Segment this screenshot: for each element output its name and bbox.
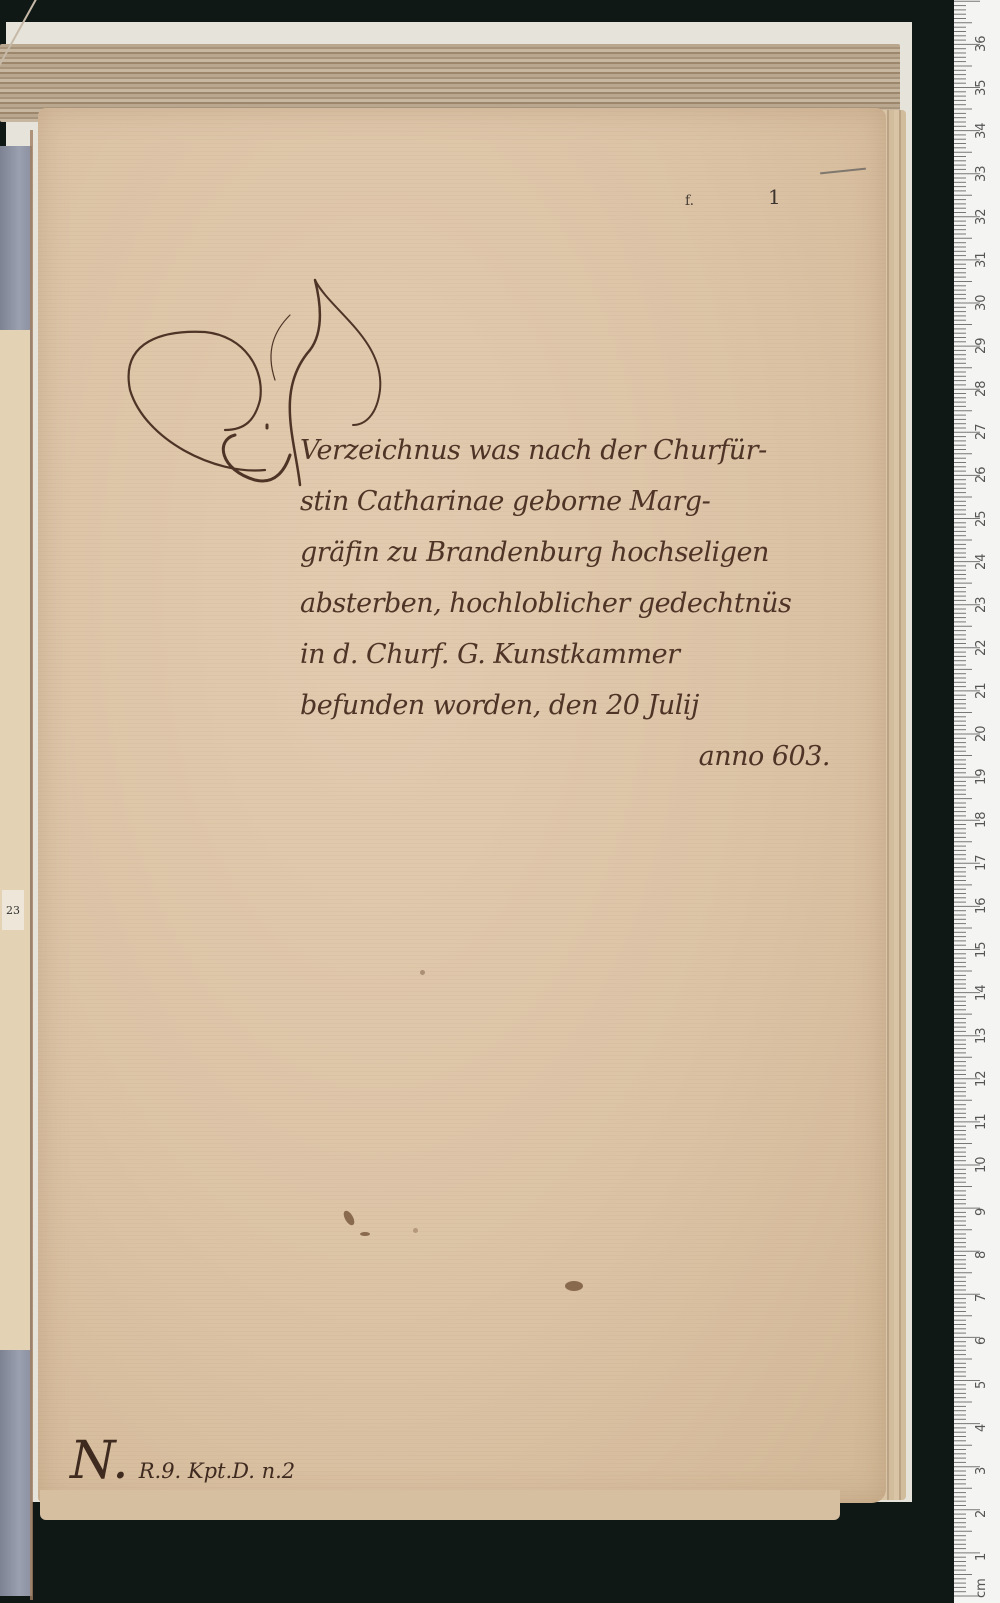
ruler-label: 28 (974, 367, 989, 397)
title-line-3: gräfin zu Brandenburg hochseligen (300, 527, 860, 578)
ruler-label: 16 (974, 884, 989, 914)
ruler-label: 35 (974, 66, 989, 96)
ruler-label: 2 (974, 1488, 989, 1518)
title-line-2: stin Catharinae geborne Marg- (300, 476, 860, 527)
ink-blot (360, 1232, 370, 1236)
shelfmark-initial: N. (70, 1435, 129, 1487)
ruler-label: 23 (974, 583, 989, 613)
ruler-label: 13 (974, 1014, 989, 1044)
ink-blot (420, 970, 425, 975)
ruler-label: 32 (974, 195, 989, 225)
ruler-unit: cm (974, 1568, 989, 1598)
binding-guard-paper (0, 330, 30, 1350)
ruler-label: 4 (974, 1402, 989, 1432)
ruler-label: 29 (974, 324, 989, 354)
foliation-mark: f. (685, 193, 694, 209)
ruler-label: 19 (974, 755, 989, 785)
title-line-1: Verzeichnus was nach der Churfür- (300, 425, 860, 476)
ruler-label: 1 (974, 1531, 989, 1561)
ruler-label: 5 (974, 1359, 989, 1389)
title-line-date: anno 603. (300, 731, 860, 782)
ruler-label: 27 (974, 410, 989, 440)
ruler-label: 34 (974, 109, 989, 139)
ruler-label: 17 (974, 841, 989, 871)
ruler-label: 30 (974, 281, 989, 311)
folio-number: 1 (768, 185, 781, 209)
shelfmark: N. R.9. Kpt.D. n.2 (70, 1435, 295, 1487)
ruler-label: 18 (974, 798, 989, 828)
binding-thread (30, 130, 33, 1600)
ruler-label: 26 (974, 453, 989, 483)
cm-ruler: 1234567891011121314151617181920212223242… (954, 0, 1000, 1603)
ruler-label: 11 (974, 1100, 989, 1130)
title-line-5: in d. Churf. G. Kunstkammer (300, 629, 860, 680)
ruler-label: 22 (974, 626, 989, 656)
ruler-label: 20 (974, 712, 989, 742)
inventory-title: Verzeichnus was nach der Churfür- stin C… (300, 425, 860, 782)
ruler-label: 21 (974, 669, 989, 699)
leaf-bottom-edge (40, 1490, 840, 1520)
ruler-label: 25 (974, 497, 989, 527)
ruler-label: 12 (974, 1057, 989, 1087)
ink-blot (413, 1228, 418, 1233)
title-line-4: absterben, hochloblicher gedechtnüs (300, 578, 860, 629)
ruler-label: 3 (974, 1445, 989, 1475)
ruler-label: 24 (974, 540, 989, 570)
ruler-label: 15 (974, 928, 989, 958)
ruler-label: 36 (974, 22, 989, 52)
ink-blot (565, 1281, 583, 1291)
ruler-label: 6 (974, 1315, 989, 1345)
ruler-label: 10 (974, 1143, 989, 1173)
spine-label: 23 (2, 890, 24, 930)
shelfmark-text: R.9. Kpt.D. n.2 (139, 1459, 295, 1487)
ruler-label: 33 (974, 152, 989, 182)
title-line-6: befunden worden, den 20 Julij (300, 680, 860, 731)
ruler-label: 14 (974, 971, 989, 1001)
ruler-label: 31 (974, 238, 989, 268)
ruler-label: 7 (974, 1272, 989, 1302)
ruler-label: 9 (974, 1186, 989, 1216)
ruler-label: 8 (974, 1229, 989, 1259)
